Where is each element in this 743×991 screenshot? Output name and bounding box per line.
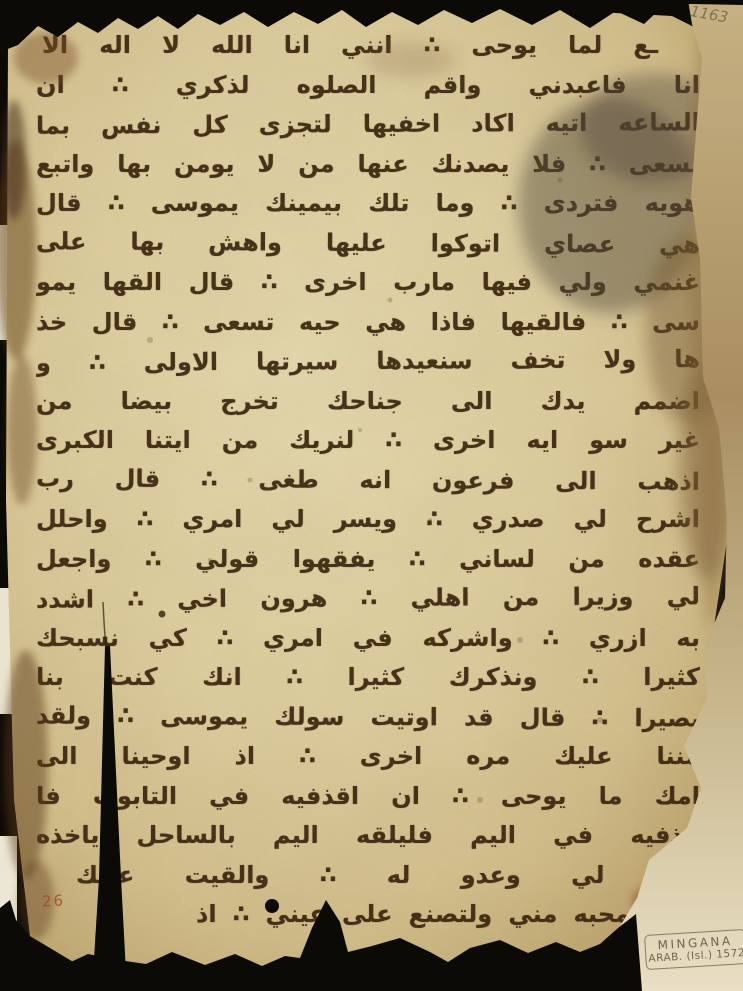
manuscript-text: ـع لما يوحى ∴ انني انا الله لا اله الا ا… [36,25,700,934]
script-line: ها ولا تخف سنعيدها سيرتها الاولى ∴ و [36,339,700,383]
script-line: انا فاعبدني واقم الصلوه لذكري ∴ ان [36,65,700,105]
script-line: كثيرا ∴ ونذكرك كثيرا ∴ انك كنت بنا [36,657,700,697]
script-line: اضمم يدك الى جناحك تخرج بيضا من [36,381,700,421]
script-line: محبه مني ولتصنع على عيني ∴ اذ تمشي [36,894,700,934]
shelfmark-stamp: MINGANA ARAB. (Isl.) 1572 [644,929,743,970]
script-line: غير سو ايه اخرى ∴ لنريك من ايتنا الكبرى [36,420,700,460]
script-line: سى ∴ فالقيها فاذا هي حيه تسعى ∴ قال خذ [36,302,700,342]
folio-number: 26 [42,891,66,910]
manuscript-photograph: ـع لما يوحى ∴ انني انا الله لا اله الا ا… [0,0,743,991]
script-line: ـع لما يوحى ∴ انني انا الله لا اله الا [36,25,700,65]
script-line: امك ما يوحى ∴ ان اقذفيه في التابوت فا [36,776,700,816]
script-line: هي عصاي اتوكوا عليها واهش بها على [36,221,700,264]
script-line: غنمي ولي فيها مارب اخرى ∴ قال القها يمو [36,262,700,302]
script-line: به ازري ∴ واشركه في امري ∴ كي نسبحك [36,618,700,658]
script-line: مننا عليك مره اخرى ∴ اذ اوحينا الى [36,736,700,776]
script-line: قذفيه في اليم فليلقه اليم بالساحل ياخذه [36,815,700,855]
script-line: عقده من لساني ∴ يفقهوا قولي ∴ واجعل [36,539,700,579]
script-line: الساعه اتيه اكاد اخفيها لتجزى كل نفس بما [36,102,700,145]
script-line: عدو لي وعدو له ∴ والقيت عليك [36,855,700,895]
script-line: هويه فتردى ∴ وما تلك بيمينك يموسى ∴ قال [36,183,700,223]
script-line: اشرح لي صدري ∴ ويسر لي امري ∴ واحلل [36,499,700,539]
script-line: اذهب الى فرعون انه طغى ∴ قال رب [36,458,700,501]
script-line: لي وزيرا من اهلي ∴ هرون اخي ∴ اشدد [36,576,700,619]
script-line: تسعى ∴ فلا يصدنك عنها من لا يومن بها وات… [36,144,700,184]
script-line: بصيرا ∴ قال قد اوتيت سولك يموسى ∴ ولقد [36,695,700,737]
